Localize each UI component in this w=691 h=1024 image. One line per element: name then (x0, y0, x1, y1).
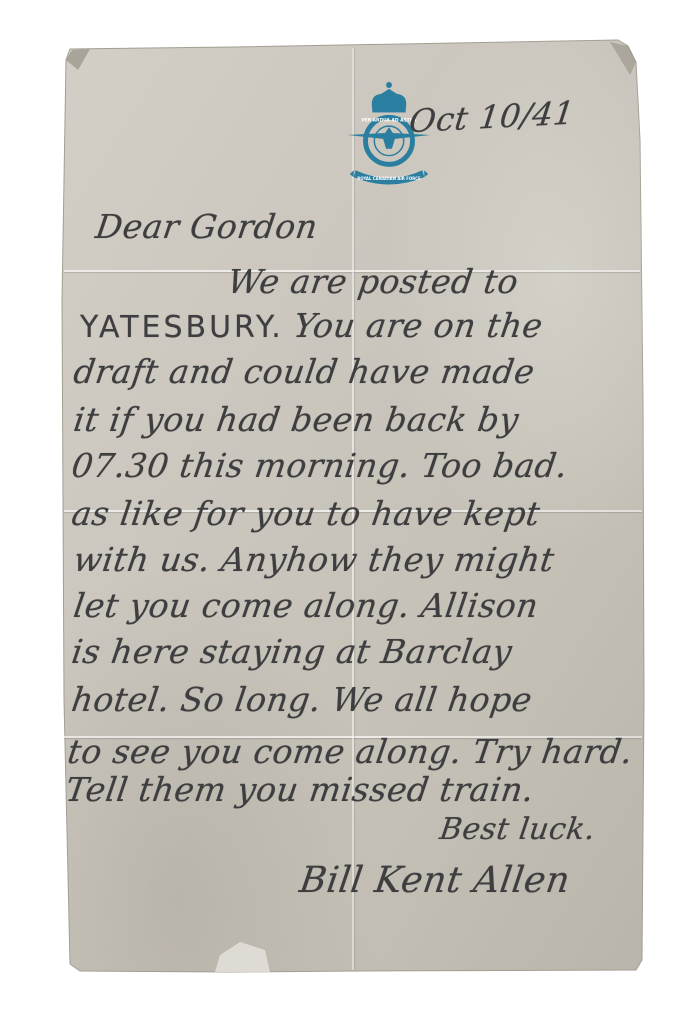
body-line-9: is here staying at Barclay (69, 632, 514, 671)
place-name: YATESBURY. (80, 310, 284, 345)
body-line-3: draft and could have made (71, 352, 537, 391)
body-line-10: hotel. So long. We all hope (69, 680, 534, 719)
body-line-1: We are posted to (225, 262, 521, 301)
salutation: Dear Gordon (93, 207, 320, 246)
body-line-5: 07.30 this morning. Too bad. (69, 446, 570, 485)
body-line-11: to see you come along. Try hard. (65, 732, 635, 771)
letter-sheet: PER ARDUA AD ASTRA ROYAL CANADIAN AIR FO… (0, 0, 691, 1024)
closing: Best luck. (438, 812, 598, 847)
body-line-2: YATESBURY. You are on the (80, 306, 542, 345)
signature: Bill Kent Allen (297, 860, 573, 901)
crest-banner: ROYAL CANADIAN AIR FORCE (357, 176, 421, 181)
body-line-12: Tell them you missed train. (63, 770, 537, 809)
body-line-4: it if you had been back by (71, 400, 521, 439)
body-line-8: let you come along. Allison (71, 586, 541, 625)
body-line-7: with us. Anyhow they might (71, 540, 557, 579)
body-text: You are on the (291, 306, 545, 345)
body-line-6: as like for you to have kept (69, 494, 542, 533)
